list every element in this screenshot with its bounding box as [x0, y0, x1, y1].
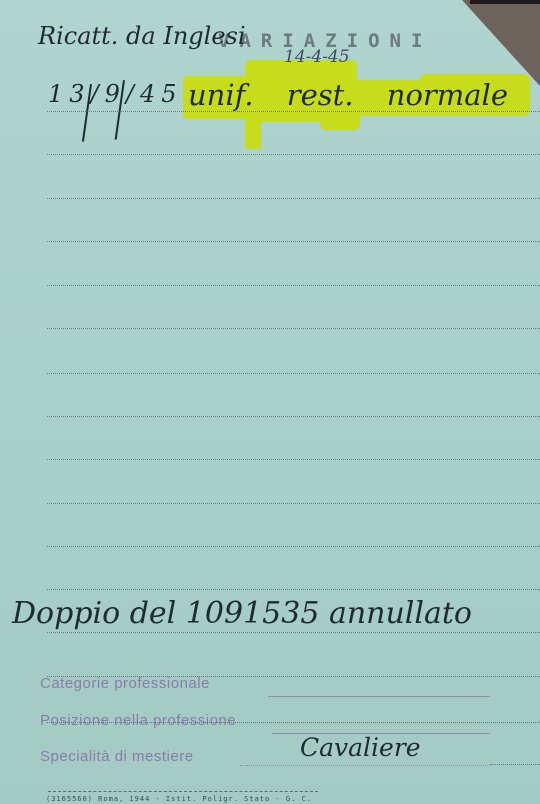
ruled-line: [47, 373, 540, 374]
ruled-line: [47, 546, 540, 547]
record-card: VARIAZIONI Ricatt. da Inglesi 14-4-45 13…: [0, 0, 540, 804]
form-label-specialita: Specialità di mestiere: [40, 748, 194, 765]
stamp-date: 14-4-45: [284, 47, 350, 67]
form-line: [240, 765, 490, 766]
entry-text: unif. rest. normale: [188, 78, 508, 112]
ruled-line: [47, 241, 540, 242]
ruled-line: [47, 632, 540, 633]
form-label-categorie: Categorie professionale: [40, 675, 210, 692]
annotation-text: Doppio del 1091535 annullato: [12, 596, 472, 631]
form-line: [268, 696, 490, 697]
corner-shadow: [470, 0, 540, 4]
entry-date: 13/9/45: [48, 80, 183, 108]
ruled-line: [47, 503, 540, 504]
footer-rule: [48, 791, 318, 792]
handwritten-header-note: Ricatt. da Inglesi: [38, 22, 246, 50]
ruled-line: [47, 111, 540, 112]
form-value-specialita: Cavaliere: [300, 733, 421, 762]
ruled-line: [47, 589, 540, 590]
ruled-line: [47, 416, 540, 417]
ruled-line: [47, 459, 540, 460]
ruled-line: [47, 722, 540, 723]
ruled-line: [47, 285, 540, 286]
printer-footer: (3165560) Roma, 1944 - Istit. Poligr. St…: [46, 795, 312, 803]
ruled-line: [47, 154, 540, 155]
ruled-line: [490, 764, 540, 765]
ruled-line: [47, 198, 540, 199]
form-label-posizione: Posizione nella professione: [40, 712, 236, 729]
ruled-line: [47, 328, 540, 329]
highlight-mark: [245, 116, 261, 149]
